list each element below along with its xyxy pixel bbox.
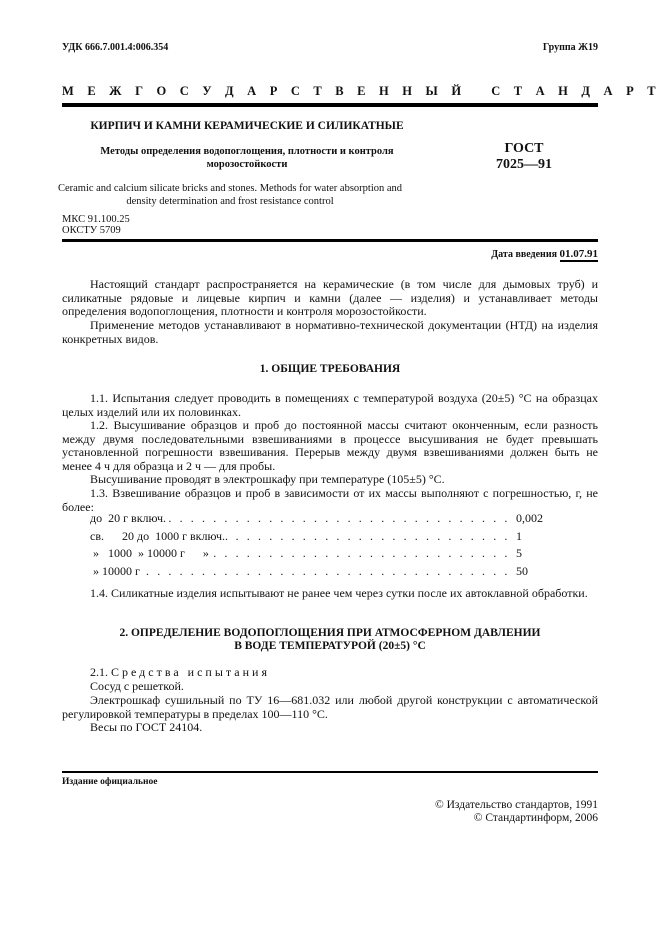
english-title: Ceramic and calcium silicate bricks and … xyxy=(30,182,430,208)
english-title-line-1: Ceramic and calcium silicate bricks and … xyxy=(30,182,430,195)
okstu-code: ОКСТУ 5709 xyxy=(62,225,130,236)
gost-label: ГОСТ xyxy=(470,141,578,157)
clause-1-2-drying: Высушивание проводят в электрошкафу при … xyxy=(62,473,598,487)
mks-code: МКС 91.100.25 xyxy=(62,214,130,225)
gost-number: 7025—91 xyxy=(470,157,578,173)
tolerance-row: . . . . . . . . . . . . . . . . . . . . … xyxy=(90,564,510,578)
banner-rule xyxy=(62,103,598,107)
tolerance-label: » 1000 » 10000 г » xyxy=(90,546,211,560)
equipment-item: Электрошкаф сушильный по ТУ 16—681.032 и… xyxy=(62,694,598,721)
udk-code: УДК 666.7.001.4:006.354 xyxy=(62,42,168,53)
intro-date-value: 01.07.91 xyxy=(560,248,599,262)
intro-paragraph-1: Настоящий стандарт распространяется на к… xyxy=(62,278,598,319)
clause-1-2: 1.2. Высушивание образцов и проб до пост… xyxy=(62,419,598,473)
copyright-block: © Издательство стандартов, 1991 © Станда… xyxy=(435,799,598,825)
copyright-line-2: © Стандартинформ, 2006 xyxy=(435,812,598,825)
section-2-heading: 2. ОПРЕДЕЛЕНИЕ ВОДОПОГЛОЩЕНИЯ ПРИ АТМОСФ… xyxy=(62,627,598,653)
equipment-item: Весы по ГОСТ 24104. xyxy=(62,721,598,735)
tolerance-label: св. 20 до 1000 г включ.. xyxy=(90,529,230,543)
clause-2-1-title: Средства испытания xyxy=(111,665,270,679)
subtitle-line-2: морозостойкости xyxy=(62,159,432,172)
tolerance-value: 0,002 xyxy=(516,511,543,525)
intro-paragraph-2: Применение методов устанавливают в норма… xyxy=(62,319,598,346)
official-edition: Издание официальное xyxy=(62,777,158,787)
tolerance-label: до 20 г включ. xyxy=(90,511,168,525)
english-title-line-2: density determination and frost resistan… xyxy=(30,195,430,208)
clause-2-1: 2.1. Средства испытания xyxy=(62,666,598,680)
gost-designation: ГОСТ 7025—91 xyxy=(470,141,578,173)
title-rule xyxy=(62,239,598,242)
tolerance-row: . . . . . . . . . . . . . . . . . . . . … xyxy=(90,511,510,525)
equipment-item: Сосуд с решеткой. xyxy=(62,680,598,694)
document-title: КИРПИЧ И КАМНИ КЕРАМИЧЕСКИЕ И СИЛИКАТНЫЕ xyxy=(62,120,432,132)
tolerance-value: 50 xyxy=(516,564,528,578)
section-1-heading: 1. ОБЩИЕ ТРЕБОВАНИЯ xyxy=(62,363,598,375)
group-code: Группа Ж19 xyxy=(543,42,598,53)
clause-1-1: 1.1. Испытания следует проводить в помещ… xyxy=(62,392,598,419)
clause-2-1-number: 2.1. xyxy=(90,665,108,679)
footer-rule xyxy=(62,771,598,773)
section-2-heading-line-2: В ВОДЕ ТЕМПЕРАТУРОЙ (20±5) °С xyxy=(62,640,598,653)
intro-date: Дата введения 01.07.91 xyxy=(491,248,598,260)
document-subtitle: Методы определения водопоглощения, плотн… xyxy=(62,146,432,171)
classification-codes: МКС 91.100.25 ОКСТУ 5709 xyxy=(62,214,130,236)
tolerance-row: . . . . . . . . . . . . . . . . . . . . … xyxy=(90,529,510,543)
tolerance-label: » 10000 г xyxy=(90,564,142,578)
standard-banner: М Е Ж Г О С У Д А Р С Т В Е Н Н Ы Й С Т … xyxy=(62,84,598,99)
intro-date-label: Дата введения xyxy=(491,249,557,260)
tolerance-value: 1 xyxy=(516,529,522,543)
copyright-line-1: © Издательство стандартов, 1991 xyxy=(435,799,598,812)
section-2-heading-line-1: 2. ОПРЕДЕЛЕНИЕ ВОДОПОГЛОЩЕНИЯ ПРИ АТМОСФ… xyxy=(62,627,598,640)
tolerance-row: . . . . . . . . . . . . . . . . . . . . … xyxy=(90,546,510,560)
subtitle-line-1: Методы определения водопоглощения, плотн… xyxy=(62,146,432,159)
tolerance-value: 5 xyxy=(516,546,522,560)
clause-1-4: 1.4. Силикатные изделия испытывают не ра… xyxy=(62,587,598,601)
